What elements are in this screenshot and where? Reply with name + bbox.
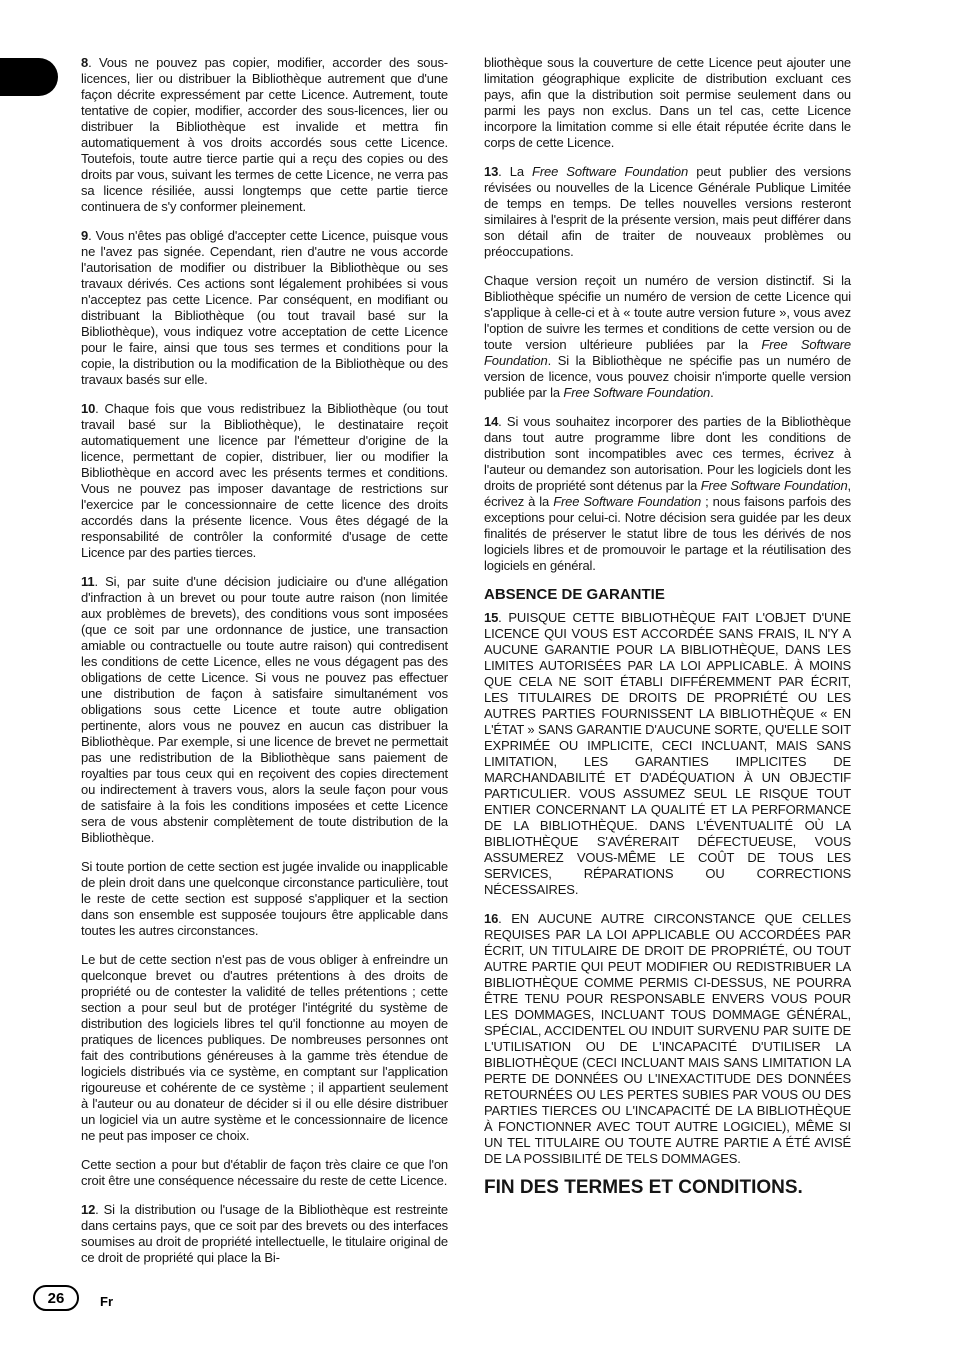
section-heading: ABSENCE DE GARANTIE [484,587,851,603]
paragraph: 16. EN AUCUNE AUTRE CIRCONSTANCE QUE CEL… [484,911,851,1167]
page-number-badge: 26 [33,1285,79,1311]
text-segment: 15 [484,610,498,625]
paragraph: Si toute portion de cette section est ju… [81,859,448,939]
text-segment: 16 [484,911,498,926]
text-segment: . Si, par suite d'une décision judiciair… [81,574,448,845]
left-text-column: 8. Vous ne pouvez pas copier, modifier, … [81,55,448,1279]
paragraph: Chaque version reçoit un numéro de versi… [484,273,851,401]
text-segment: . Si la distribution ou l'usage de la Bi… [81,1202,448,1265]
paragraph: Le but de cette section n'est pas de vou… [81,952,448,1144]
text-segment: . [710,385,713,400]
text-segment: Free Software Foundation [532,164,688,179]
text-segment: bliothèque sous la couverture de cette L… [484,55,851,150]
text-segment: . Vous n'êtes pas obligé d'accepter cett… [81,228,448,387]
text-segment: Free Software Foundation [701,478,848,493]
paragraph: 13. La Free Software Foundation peut pub… [484,164,851,260]
text-segment: Le but de cette section n'est pas de vou… [81,952,448,1143]
text-segment: Free Software Foundation [553,494,701,509]
paragraph: 11. Si, par suite d'une décision judicia… [81,574,448,846]
paragraph: 9. Vous n'êtes pas obligé d'accepter cet… [81,228,448,388]
license-document-page: 8. Vous ne pouvez pas copier, modifier, … [0,0,954,1352]
page-footer: 26 Fr [33,1285,113,1311]
paragraph: 15. PUISQUE CETTE BIBLIOTHÈQUE FAIT L'OB… [484,610,851,898]
text-segment: 13 [484,164,498,179]
text-segment: 11 [81,574,94,589]
text-segment: . Chaque fois que vous redistribuez la B… [81,401,448,560]
paragraph: 12. Si la distribution ou l'usage de la … [81,1202,448,1266]
paragraph: 10. Chaque fois que vous redistribuez la… [81,401,448,561]
paragraph: bliothèque sous la couverture de cette L… [484,55,851,151]
text-segment: Free Software Foundation [563,385,710,400]
text-segment: Cette section a pour but d'établir de fa… [81,1157,448,1188]
paragraph: 8. Vous ne pouvez pas copier, modifier, … [81,55,448,215]
page-number: 26 [48,1290,65,1307]
language-label: Fr [100,1294,113,1309]
text-segment: ABSENCE DE GARANTIE [484,586,665,603]
text-segment: 10 [81,401,95,416]
text-segment: 14 [484,414,498,429]
chapter-edge-tab [0,58,58,96]
text-segment: . EN AUCUNE AUTRE CIRCONSTANCE QUE CELLE… [484,911,851,1166]
text-segment: . PUISQUE CETTE BIBLIOTHÈQUE FAIT L'OBJE… [484,610,851,897]
text-segment: FIN DES TERMES ET CONDITIONS. [484,1177,803,1198]
text-segment: . Vous ne pouvez pas copier, modifier, a… [81,55,448,214]
text-segment: . La [498,164,532,179]
paragraph: Cette section a pour but d'établir de fa… [81,1157,448,1189]
text-segment: 12 [81,1202,95,1217]
paragraph: 14. Si vous souhaitez incorporer des par… [484,414,851,574]
text-segment: Si toute portion de cette section est ju… [81,859,448,938]
right-text-column: bliothèque sous la couverture de cette L… [484,55,851,1196]
end-of-terms-heading: FIN DES TERMES ET CONDITIONS. [484,1180,851,1196]
